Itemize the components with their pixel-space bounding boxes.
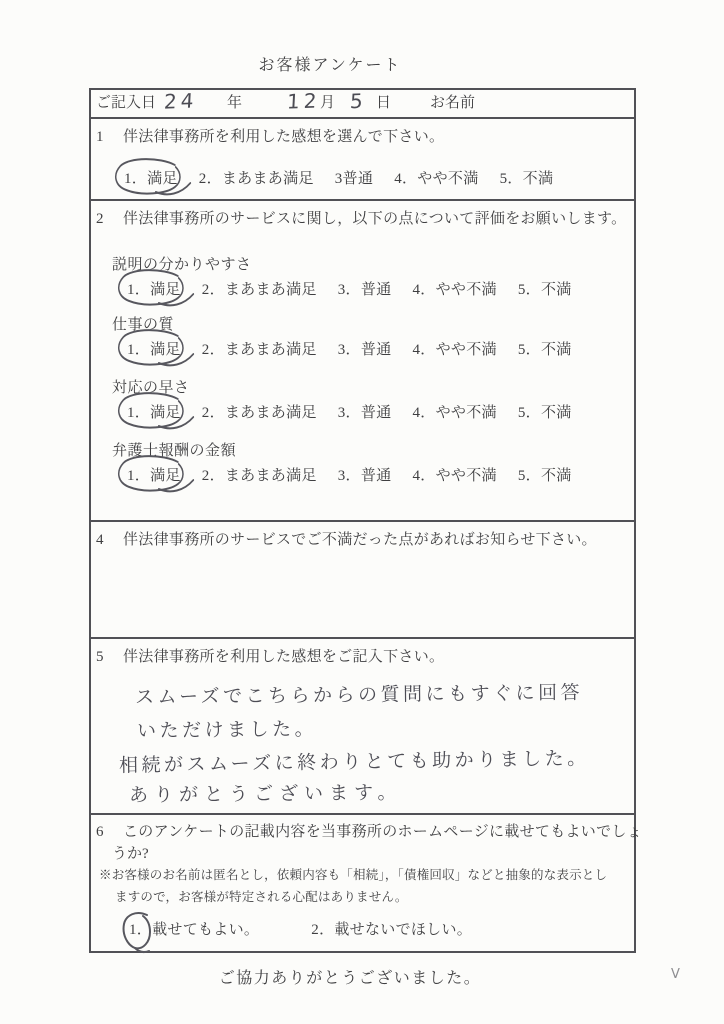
- question-6: 6このアンケートの記載内容を当事務所のホームページに載せてもよいでしょ うか? …: [91, 815, 634, 954]
- rating-options: 1．満足 2．まあまあ満足 3．普通 4．やや不満 5．不満: [127, 401, 630, 422]
- year-unit-label: 年: [227, 90, 242, 116]
- rating-options: 1．満足 2．まあまあ満足 3．普通 4．やや不満 5．不満: [127, 338, 630, 359]
- option: 2．まあまあ満足: [199, 167, 314, 188]
- question-4: 4伴法律事務所のサービスでご不満だった点があればお知らせ下さい。: [91, 522, 634, 639]
- rating-item-label: 対応の早さ: [112, 376, 630, 397]
- rating-options: 1．満足 2．まあまあ満足 3．普通 4．やや不満 5．不満: [127, 464, 630, 485]
- option: 2．載せないでほしい。: [311, 918, 472, 939]
- question-6-options: 1．載せてもよい。 2．載せないでほしい。: [129, 918, 489, 939]
- option-circled: 1．満足: [124, 167, 178, 188]
- rating-item-explanation: 説明の分かりやすさ 1．満足 2．まあまあ満足 3．普通 4．やや不満 5．不満: [112, 253, 630, 299]
- question-6-prompt-line2: うか?: [112, 842, 149, 863]
- anonymity-note-line2: ますので，お客様が特定される心配はありません。: [115, 887, 408, 905]
- anonymity-note-line1: ※お客様のお名前は匿名とし，依頼内容も「相続」，「債権回収」などと抽象的な表示と…: [99, 865, 607, 883]
- option: 4．やや不満: [413, 278, 497, 299]
- question-2-prompt: 2伴法律事務所のサービスに関し，以下の点について評価をお願いします。: [96, 207, 630, 228]
- option: 5．不満: [518, 278, 572, 299]
- option-circled: 1．満足: [127, 278, 181, 299]
- survey-form-table: ご記入日 24 年 12 月 5 日 お名前 1伴法律事務所を利用した感想を選ん…: [89, 88, 636, 953]
- month-value-handwritten: 12: [286, 87, 321, 114]
- handwritten-answer-line: いただけました。: [137, 714, 317, 743]
- option: 3．普通: [338, 278, 392, 299]
- rating-options: 1．満足 2．まあまあ満足 3．普通 4．やや不満 5．不満: [127, 278, 630, 299]
- question-number: 1: [96, 129, 123, 146]
- option-circled: 1．満足: [127, 401, 181, 422]
- option: 3．普通: [338, 464, 392, 485]
- option: 3普通: [335, 167, 373, 188]
- rating-item-response-speed: 対応の早さ 1．満足 2．まあまあ満足 3．普通 4．やや不満 5．不満: [112, 376, 630, 422]
- question-2: 2伴法律事務所のサービスに関し，以下の点について評価をお願いします。 説明の分か…: [91, 201, 634, 522]
- name-label: お名前: [430, 90, 475, 116]
- corner-mark: V: [671, 967, 680, 982]
- handwritten-answer-line: スムーズでこちらからの質問にもすぐに回答: [135, 678, 583, 710]
- option: 5．不満: [518, 401, 572, 422]
- rating-item-label: 説明の分かりやすさ: [112, 253, 630, 274]
- year-value-handwritten: 24: [163, 87, 198, 114]
- question-4-prompt: 4伴法律事務所のサービスでご不満だった点があればお知らせ下さい。: [96, 528, 630, 549]
- handwritten-answer-line: 相続がスムーズに終わりとても助かりました。: [119, 743, 590, 777]
- question-number: 4: [96, 532, 123, 549]
- question-1-options: 1．満足 2．まあまあ満足 3普通 4．やや不満 5．不満: [124, 167, 570, 188]
- day-unit-label: 日: [376, 90, 391, 116]
- option: 2．まあまあ満足: [202, 464, 317, 485]
- question-6-prompt-line1: 6このアンケートの記載内容を当事務所のホームページに載せてもよいでしょ: [96, 820, 630, 841]
- handwritten-answer-line: ありがとうございます。: [129, 778, 403, 808]
- month-unit-label: 月: [320, 90, 335, 116]
- option: 4．やや不満: [413, 464, 497, 485]
- option: 2．まあまあ満足: [202, 278, 317, 299]
- option-circled: 1．載せてもよい。: [129, 918, 259, 939]
- rating-item-work-quality: 仕事の質 1．満足 2．まあまあ満足 3．普通 4．やや不満 5．不満: [112, 313, 630, 359]
- option: 4．やや不満: [413, 401, 497, 422]
- date-row: ご記入日 24 年 12 月 5 日 お名前: [91, 90, 634, 119]
- question-number: 2: [96, 211, 123, 228]
- question-1: 1伴法律事務所を利用した感想を選んで下さい。 1．満足 2．まあまあ満足 3普通…: [91, 119, 634, 201]
- question-5-prompt: 5伴法律事務所を利用した感想をご記入下さい。: [96, 645, 630, 666]
- option: 4．やや不満: [394, 167, 478, 188]
- page-title: お客様アンケート: [0, 52, 660, 75]
- option: 2．まあまあ満足: [202, 401, 317, 422]
- date-prefix-label: ご記入日: [96, 90, 156, 116]
- option: 4．やや不満: [413, 338, 497, 359]
- option: 5．不満: [518, 338, 572, 359]
- option-circled: 1．満足: [127, 338, 181, 359]
- option: 5．不満: [500, 167, 554, 188]
- question-5: 5伴法律事務所を利用した感想をご記入下さい。 スムーズでこちらからの質問にもすぐ…: [91, 639, 634, 815]
- option: 5．不満: [518, 464, 572, 485]
- rating-item-label: 弁護士報酬の金額: [112, 439, 630, 460]
- option: 3．普通: [338, 338, 392, 359]
- scanned-survey-sheet: お客様アンケート ご記入日 24 年 12 月 5 日 お名前 1伴法律事務所を…: [0, 0, 724, 1024]
- option-circled: 1．満足: [127, 464, 181, 485]
- question-number: 5: [96, 649, 123, 666]
- rating-item-label: 仕事の質: [112, 313, 630, 334]
- footer-thanks: ご協力ありがとうございました。: [0, 965, 700, 988]
- question-number: 6: [96, 824, 123, 841]
- option: 2．まあまあ満足: [202, 338, 317, 359]
- option: 3．普通: [338, 401, 392, 422]
- question-1-prompt: 1伴法律事務所を利用した感想を選んで下さい。: [96, 125, 630, 146]
- rating-item-attorney-fees: 弁護士報酬の金額 1．満足 2．まあまあ満足 3．普通 4．やや不満 5．不満: [112, 439, 630, 485]
- day-value-handwritten: 5: [349, 88, 367, 115]
